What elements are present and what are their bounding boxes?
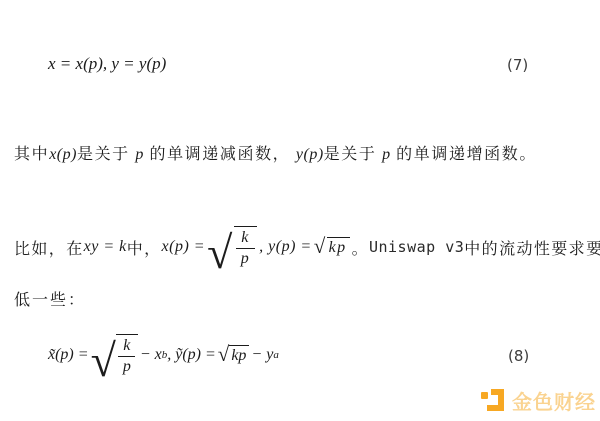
para1-text: 的单调递增函数。 [391, 146, 537, 163]
paragraph-monotonic: 其中x(p)是关于 p 的单调递减函数， y(p)是关于 p 的单调递增函数。 [14, 141, 588, 168]
sqrt-kp: √ kp [218, 345, 250, 365]
fraction-k-p: k p [116, 335, 138, 377]
fraction-numerator: k [236, 228, 255, 249]
fraction-denominator: p [118, 357, 136, 377]
eq8-xtilde: x̃(p) = [48, 346, 89, 364]
para1-math-xp: x(p) [49, 146, 77, 163]
radical-sign: √ [91, 343, 116, 380]
para2-uniswap-label: Uniswap v3 [369, 238, 464, 256]
equation-7-row: x = x(p), y = y(p) (7) [0, 52, 600, 82]
radical-sign: √ [218, 345, 230, 365]
fraction-denominator: p [236, 249, 255, 269]
radical-sign: √ [207, 235, 234, 272]
para2-math-xyk: xy = k [84, 238, 127, 256]
para1-math-p: p [135, 146, 144, 163]
radicand: k p [234, 226, 257, 269]
para2-text: 中， [127, 236, 162, 259]
logo-dot [481, 392, 488, 399]
document-page: x = x(p), y = y(p) (7) 其中x(p)是关于 p 的单调递减… [0, 0, 600, 421]
para1-text: 其中 [14, 146, 49, 163]
radical-sign: √ [314, 237, 327, 257]
para2-text: 中的流动性要求要 [464, 236, 600, 259]
radicand: kp [229, 345, 249, 365]
para2-text: 。 [352, 236, 369, 259]
para1-math-p: p [382, 146, 391, 163]
para1-text: 的单调递减函数， [144, 146, 296, 163]
equation-7-formula: x = x(p), y = y(p) [48, 54, 166, 74]
jinse-logo-text: 金色财经 [512, 386, 596, 415]
logo-foot-bar [487, 405, 504, 411]
para1-math-yp: y(p) [296, 146, 324, 163]
para2-math-xp-eq: x(p) = [162, 238, 206, 256]
radicand: k p [116, 334, 138, 377]
equation-8-row: x̃(p) = √ k p − xb , ỹ(p) = √ kp − ya (8… [0, 326, 600, 384]
fraction-numerator: k [118, 336, 135, 357]
fraction-k-p: k p [234, 227, 257, 269]
equation-8-formula: x̃(p) = √ k p − xb , ỹ(p) = √ kp − ya [48, 326, 279, 384]
sqrt-k-over-p: √ k p [91, 334, 138, 377]
sqrt-kp: √ kp [314, 237, 350, 257]
jinse-watermark: 金色财经 [481, 386, 596, 415]
equation-8-number: (8) [508, 347, 529, 365]
paragraph-lower: 低一些： [14, 287, 86, 310]
paragraph-example-formula: 比如，在 xy = k 中， x(p) = √ k p , y(p) = √ k… [14, 216, 600, 278]
radicand: kp [327, 237, 350, 257]
para2-math-yp-eq: , y(p) = [259, 238, 312, 256]
eq8-minus-y: − y [251, 346, 273, 364]
jinse-logo-icon [481, 388, 507, 414]
para1-text: 是关于 [77, 146, 135, 163]
eq8-ytilde: , ỹ(p) = [167, 346, 216, 364]
para1-text: 是关于 [324, 146, 382, 163]
eq8-sub-a: a [273, 349, 279, 361]
eq8-minus-x: − x [140, 346, 162, 364]
sqrt-k-over-p: √ k p [207, 226, 257, 269]
para2-text: 比如，在 [14, 236, 84, 259]
equation-7-number: (7) [507, 56, 528, 74]
